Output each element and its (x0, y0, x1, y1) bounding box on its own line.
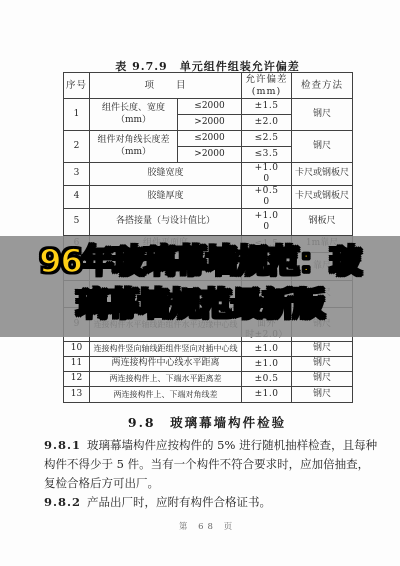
table-row: 5各搭接量（与设计值比）+1.00钢板尺 (64, 209, 353, 236)
value-line: ±1.0 (244, 389, 289, 400)
page-number: 第 68 页 (63, 520, 352, 532)
table-row: 2组件对角线长度差（mm）≤2000≤2.5钢尺 (64, 131, 353, 147)
cell-no: 10 (64, 342, 90, 357)
header-no: 序号 (64, 73, 90, 99)
cell-no: 11 (64, 357, 90, 372)
cell-condition: ≤2000 (178, 99, 242, 115)
header-method: 检查方法 (292, 73, 353, 99)
seo-overlay-line1: 96年玻璃幕墙规范：玻 (0, 240, 400, 283)
value-line: ±0.5 (244, 374, 289, 385)
table-row: 11两连接构件中心线水平距离±1.0钢尺 (64, 357, 353, 372)
cell-no: 2 (64, 131, 90, 163)
header-deviation-line2: (mm) (244, 86, 289, 98)
cell-no: 13 (64, 387, 90, 403)
cell-item: 各搭接量（与设计值比） (90, 209, 242, 236)
cell-value: ±0.5 (242, 372, 292, 387)
cell-method: 钢尺 (292, 387, 353, 403)
clause-982-line: 9.8.2产品出厂时，应附有构件合格证书。 (44, 493, 368, 512)
cell-value: ≤3.5 (242, 147, 292, 163)
cell-item: 两连接构件上、下端水平距离差 (90, 372, 242, 387)
cell-item: 胶缝厚度 (90, 186, 242, 209)
clause-981-line1: 9.8.1玻璃幕墙构件应按构件的 5% 进行随机抽样检查，且每种 (44, 436, 368, 455)
clause-981-line2: 构件不得少于 5 件。当有一个构件不符合要求时，应加倍抽查， (44, 455, 368, 474)
table-row: 13两连接构件上、下端对角线差±1.0钢尺 (64, 387, 353, 403)
cell-no: 3 (64, 163, 90, 186)
clause-981-label: 9.8.1 (44, 438, 81, 452)
cell-no: 12 (64, 372, 90, 387)
cell-no: 1 (64, 99, 90, 131)
cell-item: 两连接构件上、下端对角线差 (90, 387, 242, 403)
cell-value: ±1.5 (242, 99, 292, 115)
table-row: 1组件长度、宽度（mm）≤2000±1.5钢尺 (64, 99, 353, 115)
cell-method: 钢板尺 (292, 209, 353, 236)
clause-982-label: 9.8.2 (44, 495, 81, 509)
cell-method: 钢尺 (292, 99, 353, 131)
cell-value: ≤2.5 (242, 131, 292, 147)
clause-981-text1: 玻璃幕墙构件应按构件的 5% 进行随机抽样检查，且每种 (87, 438, 377, 452)
clause-981-line3: 复检合格后方可出厂。 (44, 474, 368, 493)
value-line: 0 (244, 222, 289, 233)
cell-value: +0.50 (242, 186, 292, 209)
table-row: 10连接构件竖向轴线距组件竖向对插中心线±1.0钢尺 (64, 342, 353, 357)
value-line: +1.0 (244, 163, 289, 174)
cell-condition: ≤2000 (178, 131, 242, 147)
section-body: 9.8.1玻璃幕墙构件应按构件的 5% 进行随机抽样检查，且每种 构件不得少于 … (44, 436, 368, 512)
cell-value: ±1.0 (242, 342, 292, 357)
seo-overlay-line2: 璃幕墙规范最新版 (0, 283, 400, 326)
cell-item: 组件长度、宽度（mm） (90, 99, 178, 131)
header-deviation-line1: 允许偏差 (244, 74, 289, 86)
clause-982-text: 产品出厂时，应附有构件合格证书。 (87, 495, 271, 509)
cell-value: +1.00 (242, 209, 292, 236)
value-line: ±1.0 (244, 359, 289, 370)
value-line: ±1.0 (244, 344, 289, 355)
cell-method: 钢尺 (292, 357, 353, 372)
table-row: 12两连接构件上、下端水平距离差±0.5钢尺 (64, 372, 353, 387)
cell-no: 4 (64, 186, 90, 209)
cell-item: 连接构件竖向轴线距组件竖向对插中心线 (90, 342, 242, 357)
cell-item: 组件对角线长度差（mm） (90, 131, 178, 163)
table-row: 4胶缝厚度+0.50卡尺或钢板尺 (64, 186, 353, 209)
cell-method: 钢尺 (292, 131, 353, 163)
cell-method: 钢尺 (292, 342, 353, 357)
cell-item: 胶缝宽度 (90, 163, 242, 186)
cell-value: ±2.0 (242, 115, 292, 131)
cell-value: ±1.0 (242, 387, 292, 403)
value-line: 0 (244, 174, 289, 185)
cell-method: 卡尺或钢板尺 (292, 186, 353, 209)
cell-method: 钢尺 (292, 372, 353, 387)
value-line: +0.5 (244, 186, 289, 197)
value-line: +1.0 (244, 211, 289, 222)
cell-value: ±1.0 (242, 357, 292, 372)
cell-condition: >2000 (178, 115, 242, 131)
table-header-row: 序号 项 目 允许偏差 (mm) 检查方法 (64, 73, 353, 99)
cell-item: 两连接构件中心线水平距离 (90, 357, 242, 372)
seo-overlay-text: 96年玻璃幕墙规范：玻 璃幕墙规范最新版 (0, 240, 400, 326)
header-deviation: 允许偏差 (mm) (242, 73, 292, 99)
cell-condition: >2000 (178, 147, 242, 163)
cell-no: 5 (64, 209, 90, 236)
cell-method: 卡尺或钢板尺 (292, 163, 353, 186)
table-row: 3胶缝宽度+1.00卡尺或钢板尺 (64, 163, 353, 186)
cell-value: +1.00 (242, 163, 292, 186)
section-heading: 9.8 玻璃幕墙构件检验 (0, 413, 400, 431)
header-item: 项 目 (90, 73, 242, 99)
value-line: 0 (244, 197, 289, 208)
